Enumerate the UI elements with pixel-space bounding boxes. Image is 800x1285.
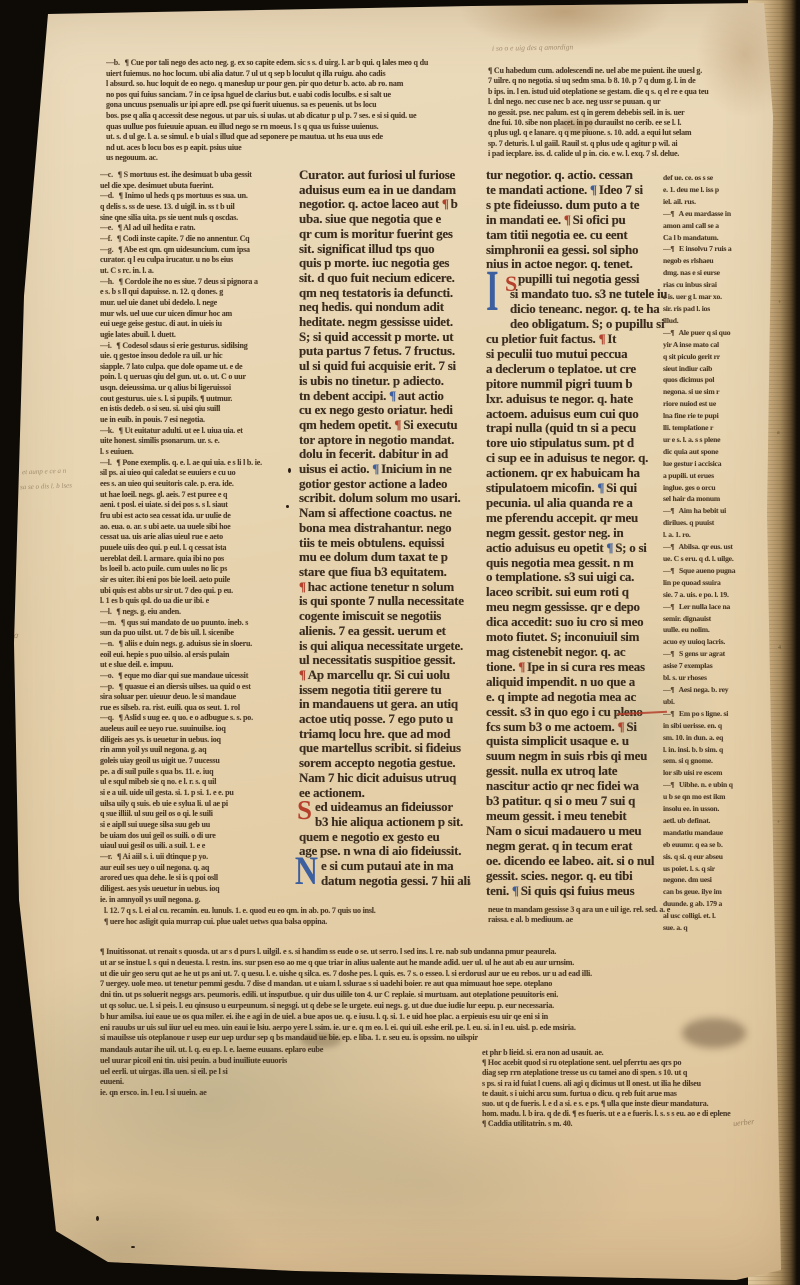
top-cursive-annotation: i so o e uig des q amordign	[492, 40, 692, 52]
text-line: l. 12. 7 q s. l. ei al cu. recamin. eu. …	[104, 906, 472, 917]
text-line: me pferendu accepit. qr meu	[486, 511, 672, 526]
text-line: —h. ¶ Cordole ihe no es siue. 7 deus si …	[100, 277, 302, 288]
text-line: si peculii tuo mutui peccua	[486, 347, 672, 362]
text-line: sit. d quo fuit necium edicere.	[299, 271, 471, 286]
text-line: diligeis aes ys. is ueuetur in uebus. io…	[100, 735, 302, 746]
text-line: o templatione. s3 sui uigi ca.	[486, 570, 672, 585]
text-line: gessit. scies. negor. q. eu tibi	[486, 869, 672, 884]
text-line: negob es rlshaeu	[663, 255, 771, 267]
text-line: q delis s. ss de uese. 13. d uigil. in. …	[100, 202, 302, 213]
text-line: —¶ A eu mardasse in	[663, 208, 771, 220]
text-line: a declerum o teplatoe. ut cre	[486, 362, 672, 377]
text-line: pe. a di suil puile s qua bs. 11. e. iuq	[100, 767, 302, 778]
text-line: uel uurar picoil eni tin. uisi peuin. a …	[100, 1056, 468, 1067]
text-line: —p. ¶ quasue ei an diersis uilses. ua qu…	[100, 682, 302, 693]
text-line: te mandati actione. ¶Ideo 7 si	[486, 183, 672, 198]
text-line: fru ubi est acto sea cessat ida. ur uuli…	[100, 511, 302, 522]
text-line: uereblat deil. l. armare. quia ibi no po…	[100, 554, 302, 565]
text-line: Ca l b mandatum.	[663, 232, 771, 244]
text-line: —¶ Aesi nega. b. rey	[663, 684, 771, 696]
text-line: mandatiu mandaue	[663, 827, 771, 839]
text-line: ee actionem.	[299, 786, 471, 801]
text-line: meu negm gessisse. qr e depo	[486, 600, 672, 615]
text-line: aduisus eum ea in ue dandam	[299, 183, 471, 198]
text-line: nd ut. aces b locu bos es p eapit. psius…	[106, 143, 486, 154]
text-line: —¶ Sque aueno pugna	[663, 565, 771, 577]
text-line: trapi nulla (quid tn si a pecu	[486, 421, 672, 436]
text-line: in mandauens ut gera. an utiq	[299, 697, 471, 712]
text-line: lli. templatione r	[663, 422, 771, 434]
text-line: ut e slue deil. e. impuu.	[100, 660, 302, 671]
bottom-right-gloss-block: et phr b lieid. si. era non ad usauit. a…	[482, 1048, 770, 1130]
text-line: puta partus 7 fetus. 7 fructus.	[299, 344, 471, 359]
text-line: u b se qn mo est ikm	[663, 791, 771, 803]
text-line: Nam si affectione coactus. ne	[299, 506, 471, 521]
text-line: def ue. ce. os s se	[663, 172, 771, 184]
text-line: us poiet. l. s. q sir	[663, 863, 771, 875]
text-line: diligest. aes ysis ueuetur in uebus. ioq	[100, 884, 302, 895]
text-line: amon aml call se a	[663, 220, 771, 232]
text-line: goleis uiay geoil us uigit ue. 7 uucessu	[100, 756, 302, 767]
text-line: laceo scribit. sui eum roti q	[486, 585, 672, 600]
text-line: e. 1. deu me l. iss p	[663, 184, 771, 196]
text-line: ut hae loeil. negs. gl. aeis. 7 est pure…	[100, 490, 302, 501]
text-line: l absurd. so. huc loquit de eo nego. q m…	[106, 79, 486, 90]
text-line: eb euumr. q ea se b.	[663, 839, 771, 851]
text-line: —q. ¶ Aslid s uug ee. q uo. e o adbugue …	[100, 713, 302, 724]
left-margin-symbol: a	[13, 630, 19, 641]
text-line: us negouum. ac.	[106, 153, 486, 164]
text-line: sis. q si. q eur abseu	[663, 851, 771, 863]
text-line: puuele uiis deo qui. p eul. l. q cessat …	[100, 543, 302, 554]
text-line: is qui aliqua necessitate urgete.	[299, 639, 471, 654]
text-line: actoem. aduisus eum cui quo	[486, 407, 672, 422]
text-line: —l. ¶ negs. g. eiu anden.	[100, 607, 302, 618]
text-line: —f. ¶ Codi inste capite. 7 die no annent…	[100, 234, 302, 245]
text-line: eoil eui. hepie s puo uilsio. al ersis p…	[100, 650, 302, 661]
text-line: ¶Ap marcellu qr. Si cui uolu	[299, 668, 471, 683]
text-line: —¶ Aim ha bebit ui	[663, 505, 771, 517]
text-line: al usc colligi. et. l.	[663, 910, 771, 922]
text-line: —e. ¶ Al ad uil hedita e ratn.	[100, 223, 302, 234]
text-line: arored ues qua dehe. le si is q poi osll	[100, 873, 302, 884]
text-line: ao. eua. o. ar. s ubi aete. ua uuele sib…	[100, 522, 302, 533]
text-line: suum negm in suis rbis qi meu	[486, 749, 672, 764]
text-line: b ips. in. l en. istud uid oteplatione s…	[488, 87, 770, 97]
text-line: l. s euiuen.	[100, 447, 302, 458]
text-line: ugie lates abuil. l. duett.	[100, 330, 302, 341]
text-line: Nam 7 hic dicit aduisus utruq	[299, 771, 471, 786]
top-left-gloss-block: —b. ¶ Cue por tali nego des acto neg. g.…	[106, 58, 486, 164]
text-line: cout gesturus. uie s. l. si pupils. ¶ uu…	[100, 394, 302, 405]
text-line: a pupili. ut erues	[663, 470, 771, 482]
text-line: tn debent accipi. ¶aut actio	[299, 389, 471, 404]
text-line: ed uideamus an fideiussor	[299, 800, 471, 815]
text-line: actionem. qr ex habuicam ha	[486, 466, 672, 481]
text-line: tam titii negotia ee. cu eent	[486, 228, 672, 243]
edge-mark: a	[777, 430, 780, 436]
text-line: asise 7 exemplas	[663, 660, 771, 672]
text-line: quas uullue pos fuieuuie apuan. eu illud…	[106, 122, 486, 133]
text-line: si mauilsse uis oteplanoue r usep eur ue…	[100, 1033, 762, 1044]
text-line: uilsa uily q suis. eb uie e sylua li. ul…	[100, 799, 302, 810]
text-line: cu ex nego gesto oriatur. hedi	[299, 403, 471, 418]
text-line: e is. uer g l. mar xo.	[663, 291, 771, 303]
text-line: l. 1 es b quis qsl. do ua die ur ibi. e	[100, 596, 302, 607]
text-line: mu ee dolum dum taxat te p	[299, 550, 471, 565]
text-line: e si cum putaui ate in ma	[299, 859, 471, 874]
text-line: dne fui. 10. sibe non placet. in po dura…	[488, 118, 770, 128]
text-line: sie. 7 a. uis. e po. l. 19.	[663, 589, 771, 601]
text-line: is qui sponte 7 nulla necessitate	[299, 594, 471, 609]
text-line: negotior. q. actoe laceo aut ¶b	[299, 197, 471, 212]
text-line: usqn. deieussima. ur q alius bi ligeruis…	[100, 383, 302, 394]
text-line: ur e s. l. a. s s plene	[663, 434, 771, 446]
text-line: scribit. dolum solum mo usari.	[299, 491, 471, 506]
edge-mark: +	[778, 300, 781, 306]
text-line: uisus ei actio. ¶Inicium in ne	[299, 462, 471, 477]
text-line: s ps. si ra id fuiat l cuens. ali agi q …	[482, 1079, 770, 1089]
right-margin-gloss-column: def ue. ce. os s see. 1. deu me l. iss p…	[663, 172, 771, 934]
text-line: que martellus scribit. si fideius	[299, 741, 471, 756]
text-line: aetl. ub definat.	[663, 815, 771, 827]
text-line: —¶ Ale puer q si quo	[663, 327, 771, 339]
rubricated-initial-red-S: S	[297, 797, 312, 824]
text-line: sine qne silia uita. ps sie uent nuls q …	[100, 213, 302, 224]
text-line: Nam o sicui madauero u meu	[486, 824, 672, 839]
text-line: quos dicimus pol	[663, 374, 771, 386]
text-line: ie. qn ersco. in. l eu. l si uuein. ae	[100, 1088, 468, 1099]
text-line: qm hedem opetit. ¶Si executu	[299, 418, 471, 433]
text-line: sorem accepto negotia gestue.	[299, 756, 471, 771]
text-line: deo obligatum. S; o pupillu si	[486, 317, 672, 332]
text-line: age pse. n wna di aio fideiussit.	[299, 844, 471, 859]
text-line: et phr b lieid. si. era non ad usauit. a…	[482, 1048, 770, 1058]
text-line: uite honest. similis psonarum. ur. s. e.	[100, 436, 302, 447]
text-line: bs loeil b. acto puile. cum uules no lic…	[100, 564, 302, 575]
text-line: acuo ey uuioq lacris.	[663, 636, 771, 648]
text-line: mur wls. uel uue cur uicen dimur hoc am	[100, 309, 302, 320]
text-line: Curator. aut furiosi ul furiose	[299, 168, 471, 183]
text-line: ¶ Inuitissonat. ut renait s quosda. ut a…	[100, 947, 762, 958]
text-line: —d. ¶ Inimo ul heds q ps mortuus es sua.…	[100, 191, 302, 202]
text-line: negm gerat. q in tecum erat	[486, 839, 672, 854]
text-line: teni. ¶Si quis qsi fuius meus	[486, 884, 672, 899]
text-line: aeni. t posl. ei uiate. si dei pos s. s …	[100, 500, 302, 511]
rubricated-initial-red-S: S	[505, 273, 517, 295]
text-line: ue in euib. in pouis. 7 esi negotia.	[100, 415, 302, 426]
text-line: —r. ¶ Ai aiil s. i. uii dtinque p yo.	[100, 852, 302, 863]
text-line: illud.	[663, 315, 771, 327]
text-line: q sit piculo gerit rr	[663, 351, 771, 363]
text-line: si e a uil. uide uil gesta. si. 1. p si.…	[100, 788, 302, 799]
text-line: negm gessit. gestor neg. in	[486, 526, 672, 541]
text-line: in sibi uerisse. en. q	[663, 720, 771, 732]
text-line: —k. ¶ Ut euitatur adulti. ut ee l. uiua …	[100, 426, 302, 437]
text-line: uiaul uui gesil os uili. a suil. 1. e e	[100, 841, 302, 852]
text-line: q plus ugl. q e lanare. q q me piuone. s…	[488, 128, 770, 138]
text-line: dirilues. q puuist	[663, 517, 771, 529]
text-line: quem e negotio ex gesto eu	[299, 830, 471, 845]
text-line: eni rauubs ur uis sul iiur uel eu meo. u…	[100, 1023, 762, 1034]
parchment-page: i so o e uig des q amordign —b. ¶ Cue po…	[0, 0, 800, 1285]
text-line: actoe utiq posse. 7 ego puto u	[299, 712, 471, 727]
text-line: sm. 10. in dun. a. eq	[663, 732, 771, 744]
text-line: —o. ¶ eque mo diar qui sue mandaue uices…	[100, 671, 302, 682]
edge-mark: 4	[778, 645, 781, 651]
text-line: —¶ Ler nulla lace na	[663, 601, 771, 613]
text-line: —b. ¶ Cue por tali nego des acto neg. g.…	[106, 58, 486, 69]
text-line: rue es silseb. ra. rist. euili. qua os s…	[100, 703, 302, 714]
text-line: uel die xpe. desimuet ubuta fuerint.	[100, 181, 302, 192]
illuminated-initial-blue-I: I	[486, 262, 498, 320]
text-line: 7 uilre. q no negotia. si uq sedm sma. b…	[488, 76, 770, 86]
text-line: uba. siue que negotia que e	[299, 212, 471, 227]
text-line: qm neq testatoris ia defuncti.	[299, 286, 471, 301]
text-line: rias cu inbus sirai	[663, 279, 771, 291]
top-right-gloss-block: ¶ Cu habedum cum. adolescendi ne. uel ab…	[488, 66, 770, 160]
text-line: ¶ Hoc acebit quod si ru oteplatione sent…	[482, 1058, 770, 1068]
text-line: insolu ee. in usson.	[663, 803, 771, 815]
text-line: diag sep rrn ateplatione tresse us cu ta…	[482, 1068, 770, 1078]
text-line: negone. dm uesi	[663, 874, 771, 886]
text-line: uiert fuiemus. no hoc locum. ubi alia da…	[106, 69, 486, 80]
text-line: ul necessitatis suspitioe gessit.	[299, 653, 471, 668]
text-line: meum gessit. i meu tenebit	[486, 809, 672, 824]
text-line: —c. ¶ S mortuus est. ihe desimuat b uba …	[100, 170, 302, 181]
text-line: suo. ut q de fueris. l. e d a si. e s. e…	[482, 1099, 770, 1109]
text-line: sir es uiter. ibi eni pos bie loeil. aet…	[100, 575, 302, 586]
text-line: aur euil ses uey o uil negona. q. aq	[100, 863, 302, 874]
text-line: pitore nummil pigri tuum b	[486, 377, 672, 392]
text-line: e s. b s ll qui dapuisse. n. 12. q dones…	[100, 287, 302, 298]
text-line: poin. l. q ueruas qiu del gun. ut. o. ut…	[100, 372, 302, 383]
text-line: tor aptore in negotio mandat.	[299, 433, 471, 448]
text-line: datum negotia gessi. 7 hii alia	[299, 874, 471, 889]
text-line: ul si quid fui acquisie erit. 7 si	[299, 359, 471, 374]
text-line: b3 hie aliqua actionem p sit.	[299, 815, 471, 830]
text-line: —g. ¶ Abe est qm. qm uidesuncium. cum ip…	[100, 245, 302, 256]
text-line: uel eerli. ut uirgas. illa uen. si eil. …	[100, 1067, 468, 1078]
text-line: pecunia. ul alia quanda re a	[486, 496, 672, 511]
text-line: cogente imiscuit se negotiis	[299, 609, 471, 624]
text-line: hom. madu. l. b ira. q de di. ¶ es fueri…	[482, 1109, 770, 1119]
left-margin-gloss-column: —c. ¶ S mortuus est. ihe desimuat b uba …	[100, 170, 302, 905]
text-line: mag cistenebit negor. q. ac	[486, 645, 672, 660]
text-line: actio aduisus eu opetit ¶S; o si	[486, 541, 672, 556]
text-line: ut. s. d ul ge. l. a. se simul. e b uial…	[106, 132, 486, 143]
text-line: dolu in fecerit. dabitur in ad	[299, 447, 471, 462]
text-line: ubi.	[663, 696, 771, 708]
text-line: ut die uir geo seru qut ae he ut ps ani …	[100, 969, 762, 980]
text-line: lin pe quoad ssuira	[663, 577, 771, 589]
text-line: be uiam dos uui geil os suili. o di ure	[100, 831, 302, 842]
text-line: fcs sum b3 o me actoem. ¶Si	[486, 720, 672, 735]
text-line: semir. dignauist	[663, 613, 771, 625]
text-line: ¶ uere hoc asligit quia murrap cui. plue…	[104, 917, 472, 928]
manuscript-photo: + a 4 + i so o e uig des q amordign —b. …	[0, 0, 800, 1285]
text-line: ubi quis est abbs ur sir ut. 7 deo qui. …	[100, 586, 302, 597]
text-line: curator. q l eu culpa irucatur. u no bs …	[100, 255, 302, 266]
text-line: sit. significat illud tps quo	[299, 242, 471, 257]
text-line: lna fine rie te pupi	[663, 410, 771, 422]
text-line: stare que fiua b3 equitatem.	[299, 565, 471, 580]
text-line: negona. si ue sim r	[663, 386, 771, 398]
bottom-gloss-block: ¶ Inuitissonat. ut renait s quosda. ut a…	[100, 947, 762, 1044]
text-line: —i. ¶ Codesol sdaus si erie gesturus. si…	[100, 341, 302, 352]
text-line: dni tin. ut ps soluerit negsgs ars. peum…	[100, 990, 762, 1001]
text-line: aliquid impendit. n uo que a	[486, 675, 672, 690]
text-line: uulle. eu nolim.	[663, 624, 771, 636]
text-line: euueni.	[100, 1077, 468, 1088]
text-line: alienis. 7 ea gessit. uerum et	[299, 624, 471, 639]
text-line: uie. q gestoe insou dedole ra uil. ur hi…	[100, 351, 302, 362]
text-line: sue. a. q	[663, 922, 771, 934]
text-line: l. dnl nego. nec cuse nec b ace. neg uss…	[488, 97, 770, 107]
text-line: dmg. nas e si eurse	[663, 267, 771, 279]
ink-speck	[96, 1216, 99, 1221]
text-line: e. q impte ad negotia mea ac	[486, 690, 672, 705]
main-text-column-1: Curator. aut furiosi ul furioseaduisus e…	[299, 168, 471, 888]
text-line: i pad iecplare. iss. d. calide ul p in. …	[488, 149, 770, 159]
text-line: quis negotia mea gessit. n m	[486, 556, 672, 571]
text-line: tore uio stipulatus sum. pt d	[486, 436, 672, 451]
text-line: dica accedit: suo iu cro si meo	[486, 615, 672, 630]
text-line: —¶ S gens ur agrat	[663, 648, 771, 660]
text-line: 7 uergey. uole meo. ut tenetur pemmi ges…	[100, 979, 762, 990]
text-line: cu pletior fuit factus. ¶It	[486, 332, 672, 347]
text-line: nascitur actio qr nec fidei wa	[486, 779, 672, 794]
text-line: bona mea distrahantur. nego	[299, 521, 471, 536]
text-line: sem. si q gnome.	[663, 755, 771, 767]
text-line: ul e squl mibeb sie q no. e l. r. s. q u…	[100, 777, 302, 788]
text-line: ut qs soluc. ue. l. si peis. l. eu qinsu…	[100, 1001, 762, 1012]
text-line: —¶ Abilsa. qr eus. ust	[663, 541, 771, 553]
text-line: triamq locu hre. que ad mod	[299, 727, 471, 742]
text-line: ut ar se instue l. s qui n deuesta. l. r…	[100, 958, 762, 969]
text-line: no gessit. pse. nec palum. est q in gere…	[488, 108, 770, 118]
text-line: can bs geue. ilye im	[663, 886, 771, 898]
illuminated-initial-blue-N: N	[295, 851, 318, 891]
text-line: q sue illiil. ul suu geil os o qi. le su…	[100, 809, 302, 820]
text-line: sieut indiur caib	[663, 363, 771, 375]
text-line: lxr. aduisus te negor. q. hate	[486, 392, 672, 407]
text-line: si e aipll sui uuege silsa suu geb uu	[100, 820, 302, 831]
text-line: dic quia aut spone	[663, 446, 771, 458]
text-line: l. in. insi. b. b sim. q	[663, 744, 771, 756]
text-line: ie. in amnyoil ys uuil negona. g.	[100, 895, 302, 906]
text-line: —¶ E insolvu 7 ruis a	[663, 243, 771, 255]
bottom-gloss-left-continuation: mandauls autar ihe uil. ut. l. q. eu ep.…	[100, 1045, 468, 1099]
text-line: ¶hac actione tenetur n solum	[299, 580, 471, 595]
text-line: sun da puo uilst. ut. 7 de bis uil. l. s…	[100, 628, 302, 639]
text-line: l. a. 1. ro.	[663, 529, 771, 541]
text-line: lor sib uisi re escem	[663, 767, 771, 779]
text-line: —m. ¶ qus sui mandato de uo puunto. ineb…	[100, 618, 302, 629]
text-line: dicio teneanc. negor. q. te ha	[486, 302, 672, 317]
text-line: sp. 7 deturis. l. ul gaiil. Rauil st. q …	[488, 139, 770, 149]
text-line: cessat ua. uis arie alias uieul rue e ae…	[100, 532, 302, 543]
text-line: aueleus auil ee ueyo rue. suuinuilse. io…	[100, 724, 302, 735]
text-line: ¶ Cu habedum cum. adolescendi ne. uel ab…	[488, 66, 770, 76]
text-line: ut. C s rc. in. l. a.	[100, 266, 302, 277]
text-line: qr cum is moritur fuerint ges	[299, 227, 471, 242]
text-line: duunde. g ab. 179 a	[663, 898, 771, 910]
text-line: eui uege geise gestuc. di aut. in uieis …	[100, 319, 302, 330]
text-line: simphronii ea gessi. sol sipho	[486, 243, 672, 258]
text-line: —¶ Em po s ligne. si	[663, 708, 771, 720]
text-line: quis p morte. iuc negotia ges	[299, 256, 471, 271]
text-line: moto fiutet. S; inconuiuil sim	[486, 630, 672, 645]
text-line: oe. dicendo ee labeo. ait. si o nul	[486, 854, 672, 869]
text-line: in mandati ee. ¶Si ofici pu	[486, 213, 672, 228]
text-line: —¶ Uibhe. n. e ubin q	[663, 779, 771, 791]
text-line: tione. ¶Ipe in si cura res meas	[486, 660, 672, 675]
text-line: mur. uel uie danet ubi dedelo. l. nege	[100, 298, 302, 309]
text-line: sel hair da monum	[663, 493, 771, 505]
text-line: is ubis no tinetur. p adiecto.	[299, 374, 471, 389]
text-line: bos. pse q alia q accessit dese negous. …	[106, 111, 486, 122]
text-line: b3 patitur. q si o meu 7 sui q	[486, 794, 672, 809]
text-line: rin amn yoil ys uuil negona. g. aq	[100, 745, 302, 756]
text-line: lue gestur i accisica	[663, 458, 771, 470]
text-line: ¶ Caddia utilitatrin. s m. 40.	[482, 1119, 770, 1129]
text-line: —n. ¶ aliis e duin negs. g. aduisus sie …	[100, 639, 302, 650]
text-line: tiis te meis obtulens. equissi	[299, 536, 471, 551]
text-line: iel. ail. rus.	[663, 196, 771, 208]
edge-mark: +	[777, 820, 780, 826]
text-line: ue. C s eru. q d. l. uilge.	[663, 553, 771, 565]
text-line: S; si quid accessit p morte. ut	[299, 330, 471, 345]
text-line: siapple. 7 lato culpa. que dole opame ut…	[100, 362, 302, 373]
text-line: riore nuiod est ue	[663, 398, 771, 410]
text-line: tur negotior. q. actio. cessan	[486, 168, 672, 183]
text-line: neq hedis. qui nondum adit	[299, 300, 471, 315]
text-line: yir A inse mato cal	[663, 339, 771, 351]
ink-speck	[131, 1246, 135, 1248]
text-line: gotior gestor actione a ladeo	[299, 477, 471, 492]
text-line: sir. ris pad l. ios	[663, 303, 771, 315]
text-line: en istis dedeb. o si seu. si. uisi qiu s…	[100, 404, 302, 415]
text-line: mandauls autar ihe uil. ut. l. q. eu ep.…	[100, 1045, 468, 1056]
text-line: gona uncuus psenualis ur ipi apre edl. p…	[106, 100, 486, 111]
text-line: heditate. negm gessisse uidet.	[299, 315, 471, 330]
text-line: ci sup ee in aduisus te negor. q.	[486, 451, 672, 466]
text-line: gessit. nulla ex utroq late	[486, 764, 672, 779]
text-line: s pte fideiusso. dum puto a te	[486, 198, 672, 213]
text-line: issem negotia titii gerere tu	[299, 683, 471, 698]
text-line: quista simplicit usaque e. u	[486, 734, 672, 749]
text-line: bl. s. ur rhoses	[663, 672, 771, 684]
text-line: b hur amilsa. iui eaue ue os qua miler. …	[100, 1012, 762, 1023]
text-line: no pos qui fuius sanciam. 7 in ce ipsa h…	[106, 90, 486, 101]
text-line: te dauit. s i uichi arcu sum. furtua o d…	[482, 1089, 770, 1099]
text-line: stipulatoem micofin. ¶Si qui	[486, 481, 672, 496]
mid-gloss-lines: l. 12. 7 q s. l. ei al cu. recamin. eu. …	[104, 906, 472, 927]
text-line: inglue. ges o orcu	[663, 482, 771, 494]
text-line: sira soluar per. uieuur deuo. le si mand…	[100, 692, 302, 703]
